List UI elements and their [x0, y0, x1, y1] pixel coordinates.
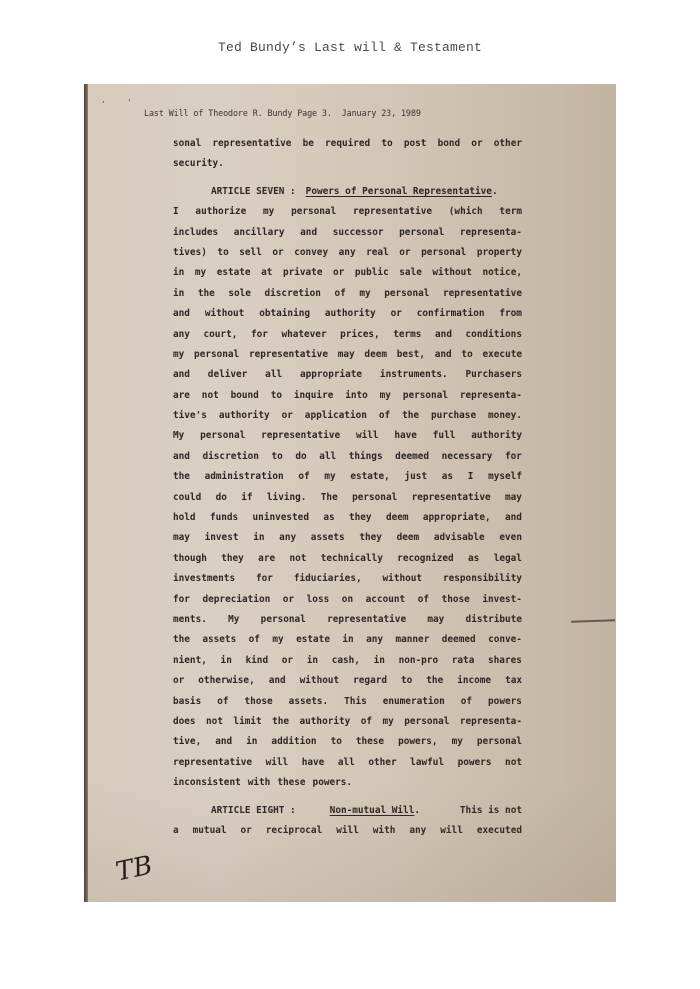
article-title: Non-mutual Will: [330, 801, 415, 821]
word: nient,: [173, 651, 207, 671]
word: addition: [271, 732, 316, 752]
word: of: [418, 590, 429, 610]
word: enumeration: [383, 692, 445, 712]
word: into: [345, 386, 368, 406]
word: in: [253, 528, 264, 548]
word: and: [173, 304, 190, 324]
word: income: [457, 671, 491, 691]
word: my: [359, 284, 370, 304]
word: tive,: [173, 732, 201, 752]
word: mutual: [193, 821, 227, 841]
word: just: [405, 467, 428, 487]
word: account: [366, 590, 406, 610]
word: any: [279, 528, 296, 548]
word: will: [336, 821, 359, 841]
word: basis: [173, 692, 201, 712]
word: estate: [296, 630, 330, 650]
word: to: [272, 447, 283, 467]
word: or: [282, 651, 293, 671]
word: powers: [488, 692, 522, 712]
text-line: tive,andinadditiontothesepowers,myperson…: [173, 732, 522, 752]
word: to: [461, 345, 472, 365]
word: non-pro: [399, 651, 439, 671]
word: or: [241, 821, 252, 841]
word: (which: [449, 202, 483, 222]
text-line: theassetsofmyestateinanymannerdeemedconv…: [173, 630, 522, 650]
word: personal: [421, 243, 466, 263]
word: my: [324, 467, 335, 487]
text-line: fordepreciationorlossonaccountofthoseinv…: [173, 590, 522, 610]
word: uninvested: [253, 508, 309, 528]
word: to: [331, 732, 342, 752]
word: ancillary: [234, 223, 285, 243]
word: hold: [173, 508, 196, 528]
word: terms: [393, 325, 421, 345]
word: and: [173, 365, 190, 385]
text-line: ments.Mypersonalrepresentativemaydistrib…: [173, 610, 522, 630]
handwritten-initials: TB: [113, 851, 155, 888]
word: estate: [217, 263, 251, 283]
word: discretion: [203, 447, 259, 467]
word: best,: [397, 345, 425, 365]
word: representative: [443, 284, 522, 304]
word: personal: [477, 732, 522, 752]
word: invest-: [482, 590, 522, 610]
word: property: [477, 243, 522, 263]
word: authority: [471, 426, 522, 446]
text-line: security.: [173, 154, 522, 174]
text-line: tives)tosellorconveyanyrealorpersonalpro…: [173, 243, 522, 263]
word: personal: [352, 488, 397, 508]
word: loss: [307, 590, 330, 610]
word: these: [277, 773, 305, 793]
word: personal: [384, 284, 429, 304]
word: if: [241, 488, 252, 508]
running-head: Last Will of Theodore R. Bundy Page 3. J…: [144, 108, 421, 118]
text-line: basisofthoseassets.Thisenumerationofpowe…: [173, 692, 522, 712]
word: personal: [403, 386, 448, 406]
word: deem: [397, 528, 420, 548]
word: those: [244, 692, 272, 712]
word: are: [173, 386, 190, 406]
word: without: [432, 263, 472, 283]
text-line: mypersonalrepresentativemaydeembest,andt…: [173, 345, 522, 365]
word: not: [202, 386, 219, 406]
word: representative: [327, 610, 406, 630]
word: notice,: [482, 263, 522, 283]
text-line: coulddoifliving.Thepersonalrepresentativ…: [173, 488, 522, 508]
word: with: [248, 773, 271, 793]
word: does: [173, 712, 196, 732]
word: for: [173, 590, 190, 610]
paper-speck: ʻ: [128, 98, 131, 107]
word: of: [461, 692, 472, 712]
word: assets.: [289, 692, 329, 712]
word: personal: [200, 426, 245, 446]
text-line: sonal representative be required to post…: [173, 134, 522, 154]
text-line: inconsistentwiththesepowers.: [173, 773, 522, 793]
word: any: [173, 325, 190, 345]
word: invest: [205, 528, 239, 548]
word: tax: [505, 671, 522, 691]
word: to: [271, 386, 282, 406]
word: of: [335, 284, 346, 304]
word: includes: [173, 223, 218, 243]
word: instruments.: [380, 365, 448, 385]
text-line: inthesolediscretionofmypersonalrepresent…: [173, 284, 522, 304]
word: my: [380, 386, 391, 406]
word: without: [205, 304, 245, 324]
word: purchase: [431, 406, 476, 426]
word: term: [499, 202, 522, 222]
word: and: [435, 325, 452, 345]
word: or: [173, 671, 184, 691]
word: for: [256, 569, 273, 589]
word: other: [368, 753, 396, 773]
word: have: [394, 426, 417, 446]
word: representative: [353, 202, 432, 222]
word: execute: [482, 345, 522, 365]
word: they: [359, 528, 382, 548]
word: as: [442, 467, 453, 487]
article-eight-heading: ARTICLE EIGHT : Non-mutual Will . This i…: [173, 801, 522, 821]
word: sole: [228, 284, 251, 304]
word: sell: [239, 243, 262, 263]
word: personal: [261, 610, 306, 630]
word: depreciation: [203, 590, 271, 610]
word: even: [499, 528, 522, 548]
word: to: [401, 671, 412, 691]
word: appropriate,: [423, 508, 491, 528]
word: assets: [202, 630, 236, 650]
word: legal: [494, 549, 522, 569]
article-label: ARTICLE SEVEN :: [211, 182, 296, 202]
word: myself: [488, 467, 522, 487]
word: or: [399, 243, 410, 263]
word: deemed: [395, 447, 429, 467]
word: in: [173, 263, 184, 283]
text-line: inmyestateatprivateorpublicsalewithoutno…: [173, 263, 522, 283]
text-line: amutualorreciprocalwillwithanywillexecut…: [173, 821, 522, 841]
word: manner: [395, 630, 429, 650]
word: recognized: [397, 549, 453, 569]
word: ments.: [173, 610, 207, 630]
text-line: includesancillaryandsuccessorpersonalrep…: [173, 223, 522, 243]
scan-mark: [571, 619, 615, 623]
word: all: [319, 447, 336, 467]
word: discretion: [265, 284, 321, 304]
word: of: [379, 406, 390, 426]
word: not: [505, 753, 522, 773]
word: and: [435, 345, 452, 365]
word: may: [427, 610, 444, 630]
word: investments: [173, 569, 235, 589]
word: kind: [246, 651, 269, 671]
word: distribute: [466, 610, 522, 630]
word: representa-: [460, 712, 522, 732]
article-title-suffix: .: [492, 182, 498, 202]
document-photo: ʼ ʻ Last Will of Theodore R. Bundy Page …: [84, 84, 616, 902]
word: deliver: [208, 365, 248, 385]
word: without: [383, 569, 423, 589]
word: I: [173, 202, 179, 222]
word: tives): [173, 243, 207, 263]
word: of: [298, 467, 309, 487]
word: successor: [333, 223, 384, 243]
text-line: anycourt,forwhateverprices,termsandcondi…: [173, 325, 522, 345]
word: powers: [458, 753, 492, 773]
word: authorize: [195, 202, 246, 222]
word: a: [173, 821, 179, 841]
word: as: [323, 508, 334, 528]
word: in: [246, 732, 257, 752]
word: on: [342, 590, 353, 610]
word: the: [198, 284, 215, 304]
word: with: [373, 821, 396, 841]
word: assets: [311, 528, 345, 548]
text-line: nient,inkindorincash,innon-proratashares: [173, 651, 522, 671]
word: personal: [404, 712, 449, 732]
word: authority: [219, 406, 270, 426]
word: conve-: [488, 630, 522, 650]
word: public: [355, 263, 389, 283]
word: application: [305, 406, 367, 426]
word: in: [374, 651, 385, 671]
word: in: [307, 651, 318, 671]
word: deemed: [442, 630, 476, 650]
text-line: tive'sauthorityorapplicationofthepurchas…: [173, 406, 522, 426]
word: and: [505, 508, 522, 528]
word: private: [283, 263, 323, 283]
text-line: investmentsforfiduciaries,withoutrespons…: [173, 569, 522, 589]
word: though: [173, 549, 207, 569]
word: my: [263, 202, 274, 222]
word: My: [228, 610, 239, 630]
word: these: [356, 732, 384, 752]
word: bound: [231, 386, 259, 406]
word: full: [433, 426, 456, 446]
word: and: [269, 671, 286, 691]
text-line: andwithoutobtainingauthorityorconfirmati…: [173, 304, 522, 324]
word: the: [272, 712, 289, 732]
word: my: [452, 732, 463, 752]
word: or: [272, 243, 283, 263]
word: the: [173, 467, 190, 487]
text-line: anddiscretiontodoallthingsdeemednecessar…: [173, 447, 522, 467]
word: may: [173, 528, 190, 548]
word: or: [333, 263, 344, 283]
word: living.: [267, 488, 307, 508]
text-line: mayinvestinanyassetstheydeemadvisableeve…: [173, 528, 522, 548]
word: limit: [233, 712, 261, 732]
word: or: [283, 590, 294, 610]
word: advisable: [434, 528, 485, 548]
word: do: [216, 488, 227, 508]
word: My: [173, 426, 184, 446]
word: cash,: [332, 651, 360, 671]
word: authority: [300, 712, 351, 732]
word: powers,: [398, 732, 438, 752]
word: This: [344, 692, 367, 712]
word: not: [206, 712, 223, 732]
word: any: [409, 821, 426, 841]
word: to: [217, 243, 228, 263]
word: estate,: [350, 467, 390, 487]
page-title: Ted Bundy’s Last will & Testament: [0, 40, 700, 55]
word: executed: [477, 821, 522, 841]
word: and: [215, 732, 232, 752]
word: for: [251, 325, 268, 345]
word: deem: [364, 345, 387, 365]
word: tive's: [173, 406, 207, 426]
text-line: holdfundsuninvestedastheydeemappropriate…: [173, 508, 522, 528]
word: personal: [399, 223, 444, 243]
text-line: Mypersonalrepresentativewillhavefullauth…: [173, 426, 522, 446]
word: The: [321, 488, 338, 508]
word: they: [349, 508, 372, 528]
word: or: [282, 406, 293, 426]
word: representa-: [460, 223, 522, 243]
word: personal: [291, 202, 336, 222]
article-label: ARTICLE EIGHT :: [211, 801, 296, 821]
word: confirmation: [417, 304, 485, 324]
article-eight-text: amutualorreciprocalwillwithanywillexecut…: [173, 821, 522, 841]
word: from: [499, 304, 522, 324]
word: rata: [452, 651, 475, 671]
word: any: [366, 630, 383, 650]
word: personal: [194, 345, 239, 365]
word: authority: [325, 304, 376, 324]
word: appropriate: [300, 365, 362, 385]
word: of: [249, 630, 260, 650]
word: representa-: [460, 386, 522, 406]
word: my: [383, 712, 394, 732]
word: the: [426, 671, 443, 691]
word: will: [440, 821, 463, 841]
word: technically: [321, 549, 383, 569]
word: those: [442, 590, 470, 610]
word: are: [258, 549, 275, 569]
word: all: [265, 365, 282, 385]
word: whatever: [281, 325, 326, 345]
word: for: [505, 447, 522, 467]
word: have: [302, 753, 325, 773]
word: obtaining: [259, 304, 310, 324]
word: representative: [261, 426, 340, 446]
word: deem: [386, 508, 409, 528]
text-line: thoughtheyarenottechnicallyrecognizedasl…: [173, 549, 522, 569]
text-line: Iauthorizemypersonalrepresentative(which…: [173, 202, 522, 222]
word: I: [468, 467, 474, 487]
word: conditions: [466, 325, 522, 345]
word: do: [295, 447, 306, 467]
word: in: [221, 651, 232, 671]
word: sale: [399, 263, 422, 283]
word: of: [361, 712, 372, 732]
word: and: [173, 447, 190, 467]
word: may: [338, 345, 355, 365]
article-seven-text: Iauthorizemypersonalrepresentative(which…: [173, 202, 522, 793]
word: the: [402, 406, 419, 426]
word: fiduciaries,: [294, 569, 362, 589]
word: and: [300, 223, 317, 243]
word: they: [221, 549, 244, 569]
word: representative: [249, 345, 328, 365]
word: real: [366, 243, 389, 263]
article-text-rest: This is not: [460, 801, 522, 821]
word: Purchasers: [466, 365, 522, 385]
word: will: [356, 426, 379, 446]
word: convey: [294, 243, 328, 263]
word: the: [173, 630, 190, 650]
word: not: [289, 549, 306, 569]
word: shares: [488, 651, 522, 671]
word: my: [173, 345, 184, 365]
word: inconsistent: [173, 773, 241, 793]
article-title: Powers of Personal Representative: [306, 182, 492, 202]
word: all: [338, 753, 355, 773]
word: my: [272, 630, 283, 650]
word: may: [505, 488, 522, 508]
word: court,: [204, 325, 238, 345]
word: representative: [173, 753, 252, 773]
word: any: [339, 243, 356, 263]
text-line: theadministrationofmyestate,justasImysel…: [173, 467, 522, 487]
text-line: anddeliverallappropriateinstruments.Purc…: [173, 365, 522, 385]
word: otherwise,: [198, 671, 254, 691]
word: funds: [210, 508, 238, 528]
text-line: arenotboundtoinquireintomypersonalrepres…: [173, 386, 522, 406]
word: reciprocal: [266, 821, 322, 841]
word: lawful: [410, 753, 444, 773]
word: at: [261, 263, 272, 283]
word: representative: [412, 488, 491, 508]
word: in: [342, 630, 353, 650]
article-seven-heading: ARTICLE SEVEN : Powers of Personal Repre…: [173, 182, 522, 202]
will-body: sonal representative be required to post…: [173, 134, 522, 841]
text-line: orotherwise,andwithoutregardtotheincomet…: [173, 671, 522, 691]
word: could: [173, 488, 201, 508]
article-title-suffix: .: [414, 801, 420, 821]
word: administration: [205, 467, 284, 487]
word: powers.: [313, 773, 353, 793]
word: responsibility: [443, 569, 522, 589]
word: necessary: [442, 447, 493, 467]
word: money.: [488, 406, 522, 426]
text-line: doesnotlimittheauthorityofmypersonalrepr…: [173, 712, 522, 732]
word: things: [349, 447, 383, 467]
word: will: [266, 753, 289, 773]
paper-speck: ʼ: [102, 100, 105, 109]
word: of: [217, 692, 228, 712]
word: without: [300, 671, 340, 691]
word: as: [468, 549, 479, 569]
word: prices,: [340, 325, 380, 345]
word: in: [173, 284, 184, 304]
word: regard: [353, 671, 387, 691]
word: my: [195, 263, 206, 283]
text-line: representativewillhaveallotherlawfulpowe…: [173, 753, 522, 773]
word: or: [391, 304, 402, 324]
word: inquire: [294, 386, 334, 406]
